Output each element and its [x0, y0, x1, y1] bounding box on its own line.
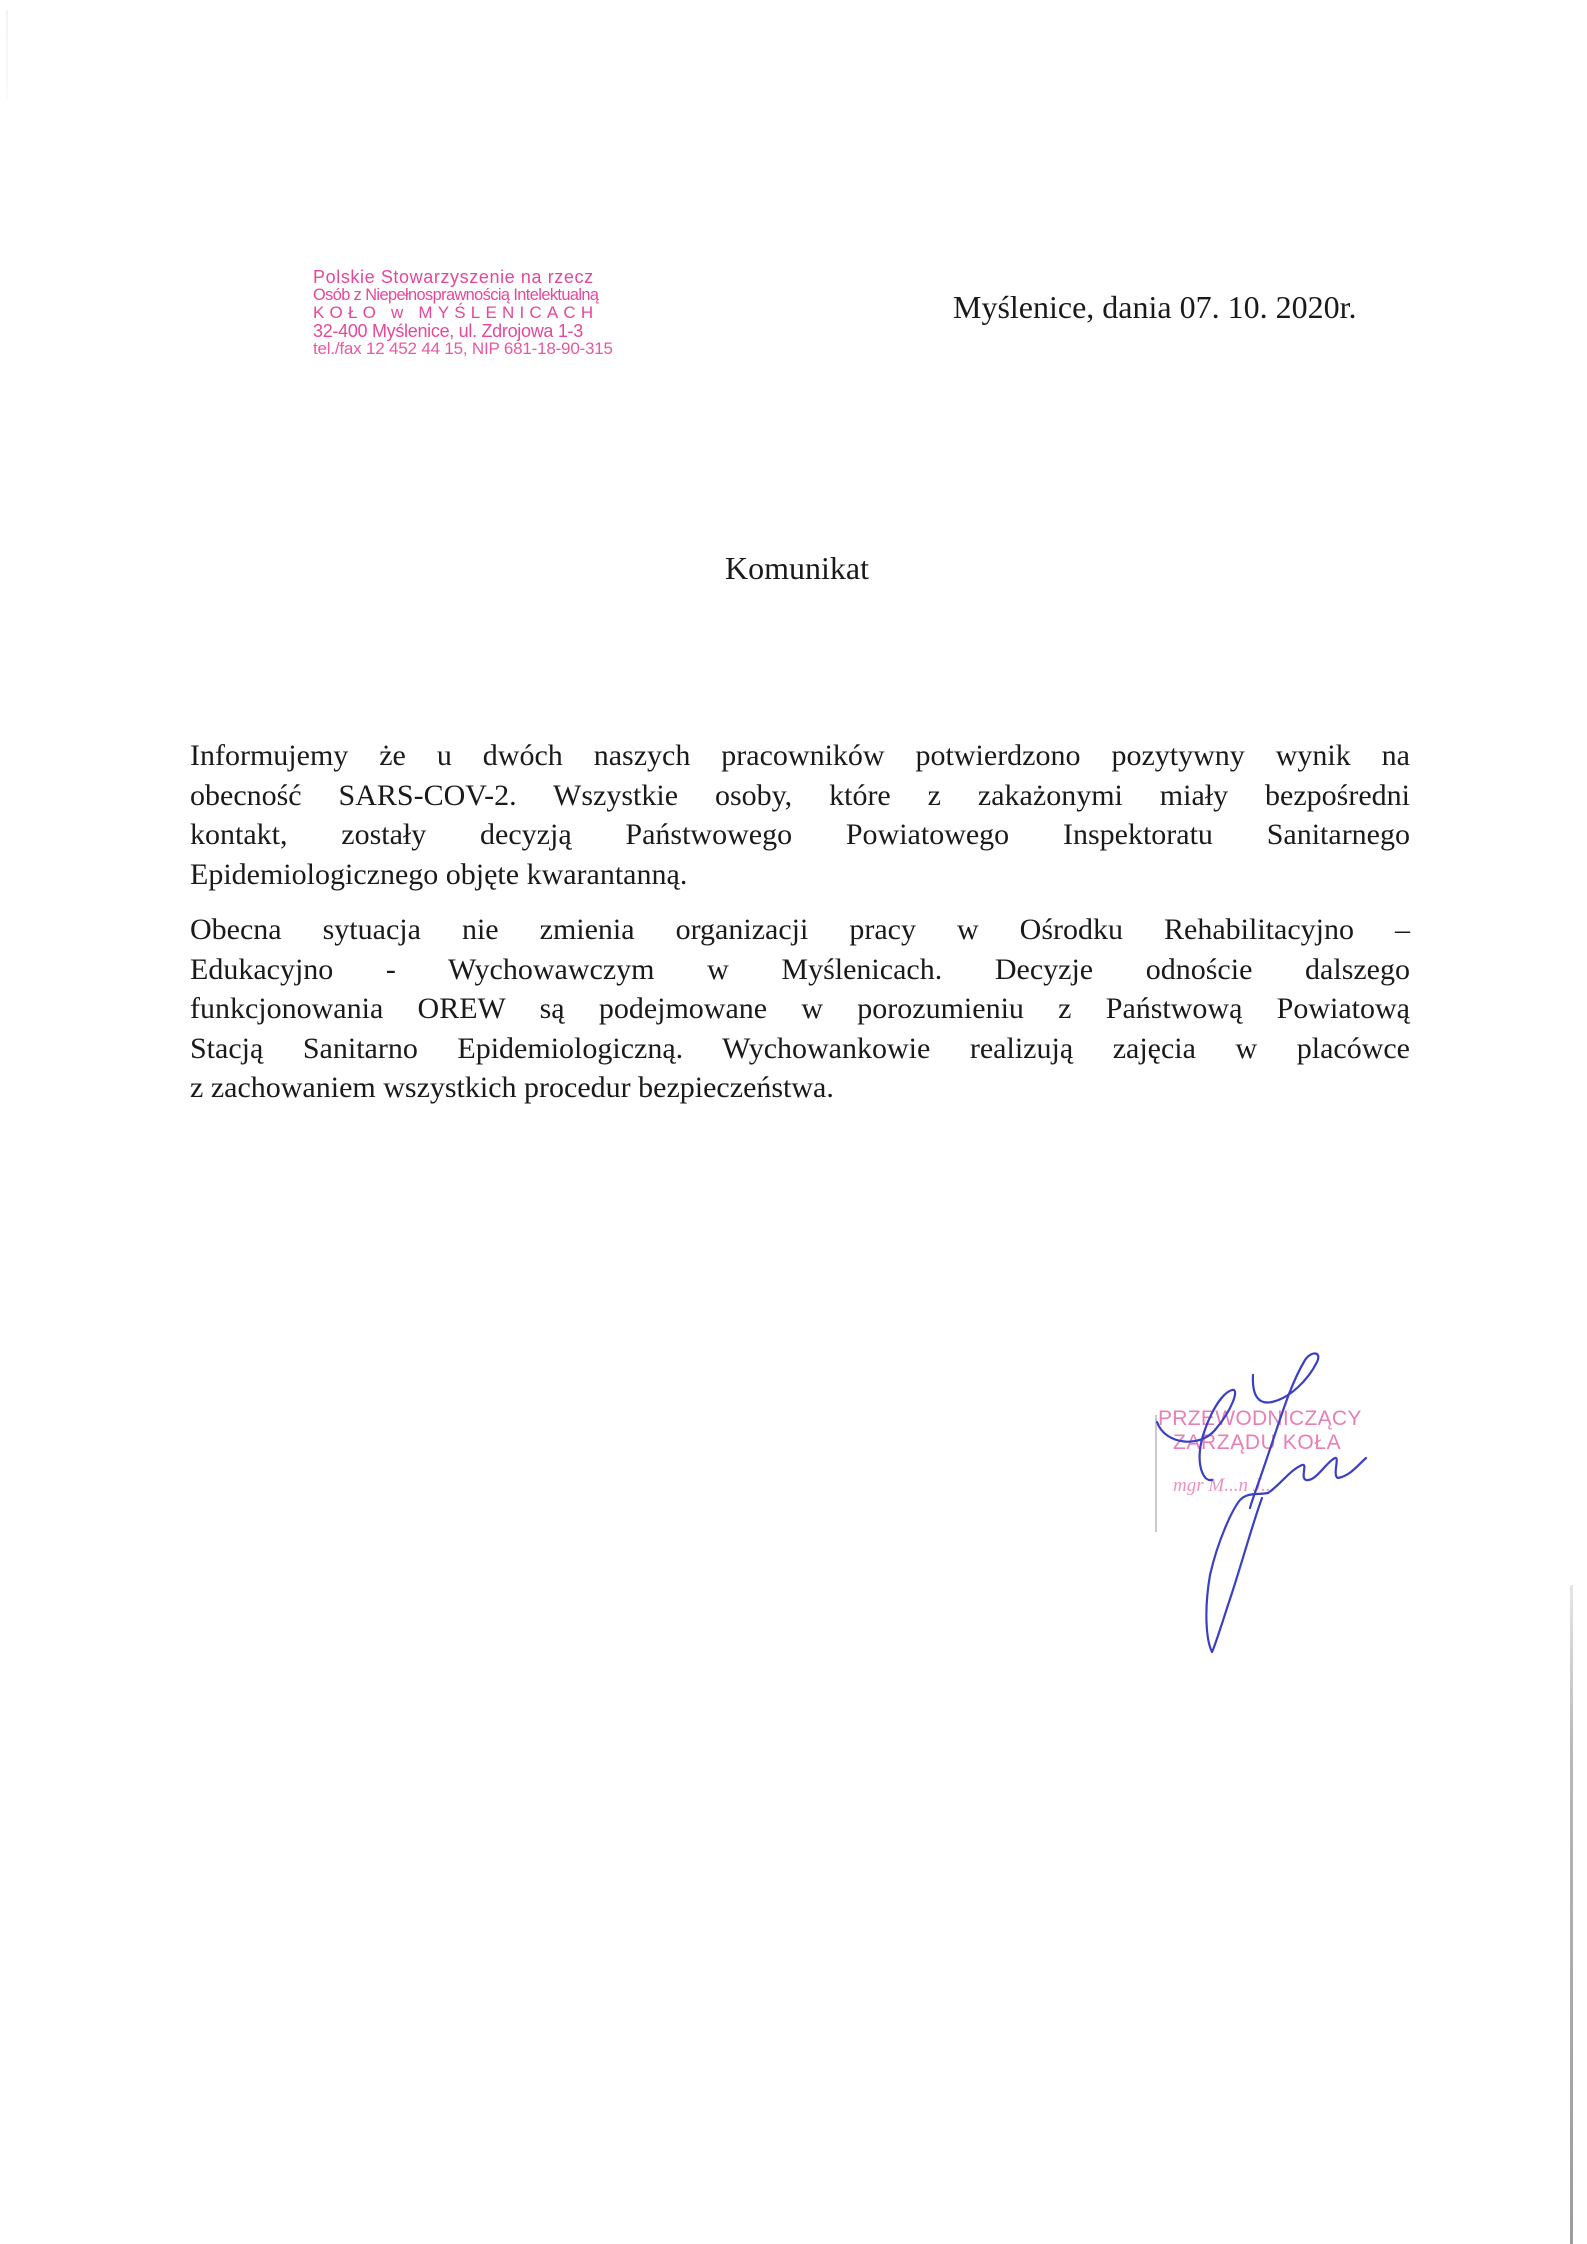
- letter-body: Informujemy że u dwóch naszych pracownik…: [190, 736, 1410, 1108]
- paragraph-line: funkcjonowania OREW są podejmowane w por…: [190, 989, 1410, 1029]
- paragraph-1: Informujemy że u dwóch naszych pracownik…: [190, 736, 1410, 894]
- stamp-line-branch: KOŁO w MYŚLENICACH: [313, 304, 648, 322]
- scan-edge-right: [1570, 1585, 1573, 2244]
- organization-stamp: Polskie Stowarzyszenie na rzecz Osób z N…: [313, 268, 648, 358]
- document-title: Komunikat: [725, 550, 869, 587]
- paragraph-line: Edukacyjno - Wychowawczym w Myślenicach.…: [190, 950, 1410, 990]
- paragraph-line: Epidemiologicznego objęte kwarantanną.: [190, 855, 1410, 895]
- stamp-line-contact: tel./fax 12 452 44 15, NIP 681-18-90-315: [313, 340, 648, 358]
- date-line: Myślenice, dania 07. 10. 2020r.: [953, 289, 1356, 326]
- stamp-line-organization-2: Osób z Niepełnosprawnością Intelektualną: [313, 286, 635, 304]
- paragraph-line: Stacją Sanitarno Epidemiologiczną. Wycho…: [190, 1029, 1410, 1069]
- handwritten-signature-icon: [1140, 1350, 1400, 1670]
- stamp-line-address: 32-400 Myślenice, ul. Zdrojowa 1-3: [313, 322, 648, 340]
- paragraph-line: kontakt, zostały decyzją Państwowego Pow…: [190, 815, 1410, 855]
- paragraph-line: z zachowaniem wszystkich procedur bezpie…: [190, 1068, 1410, 1108]
- scanned-letter-page: Polskie Stowarzyszenie na rzecz Osób z N…: [0, 0, 1587, 2244]
- scan-edge-left: [6, 10, 8, 100]
- signature-block: PRZEWODNICZĄCY ZARZĄDU KOŁA mgr M...n J.…: [1140, 1350, 1400, 1670]
- stamp-line-organization: Polskie Stowarzyszenie na rzecz: [313, 268, 648, 286]
- paragraph-line: obecność SARS-COV-2. Wszystkie osoby, kt…: [190, 776, 1410, 816]
- paragraph-line: Informujemy że u dwóch naszych pracownik…: [190, 736, 1410, 776]
- paragraph-line: Obecna sytuacja nie zmienia organizacji …: [190, 910, 1410, 950]
- paragraph-2: Obecna sytuacja nie zmienia organizacji …: [190, 910, 1410, 1108]
